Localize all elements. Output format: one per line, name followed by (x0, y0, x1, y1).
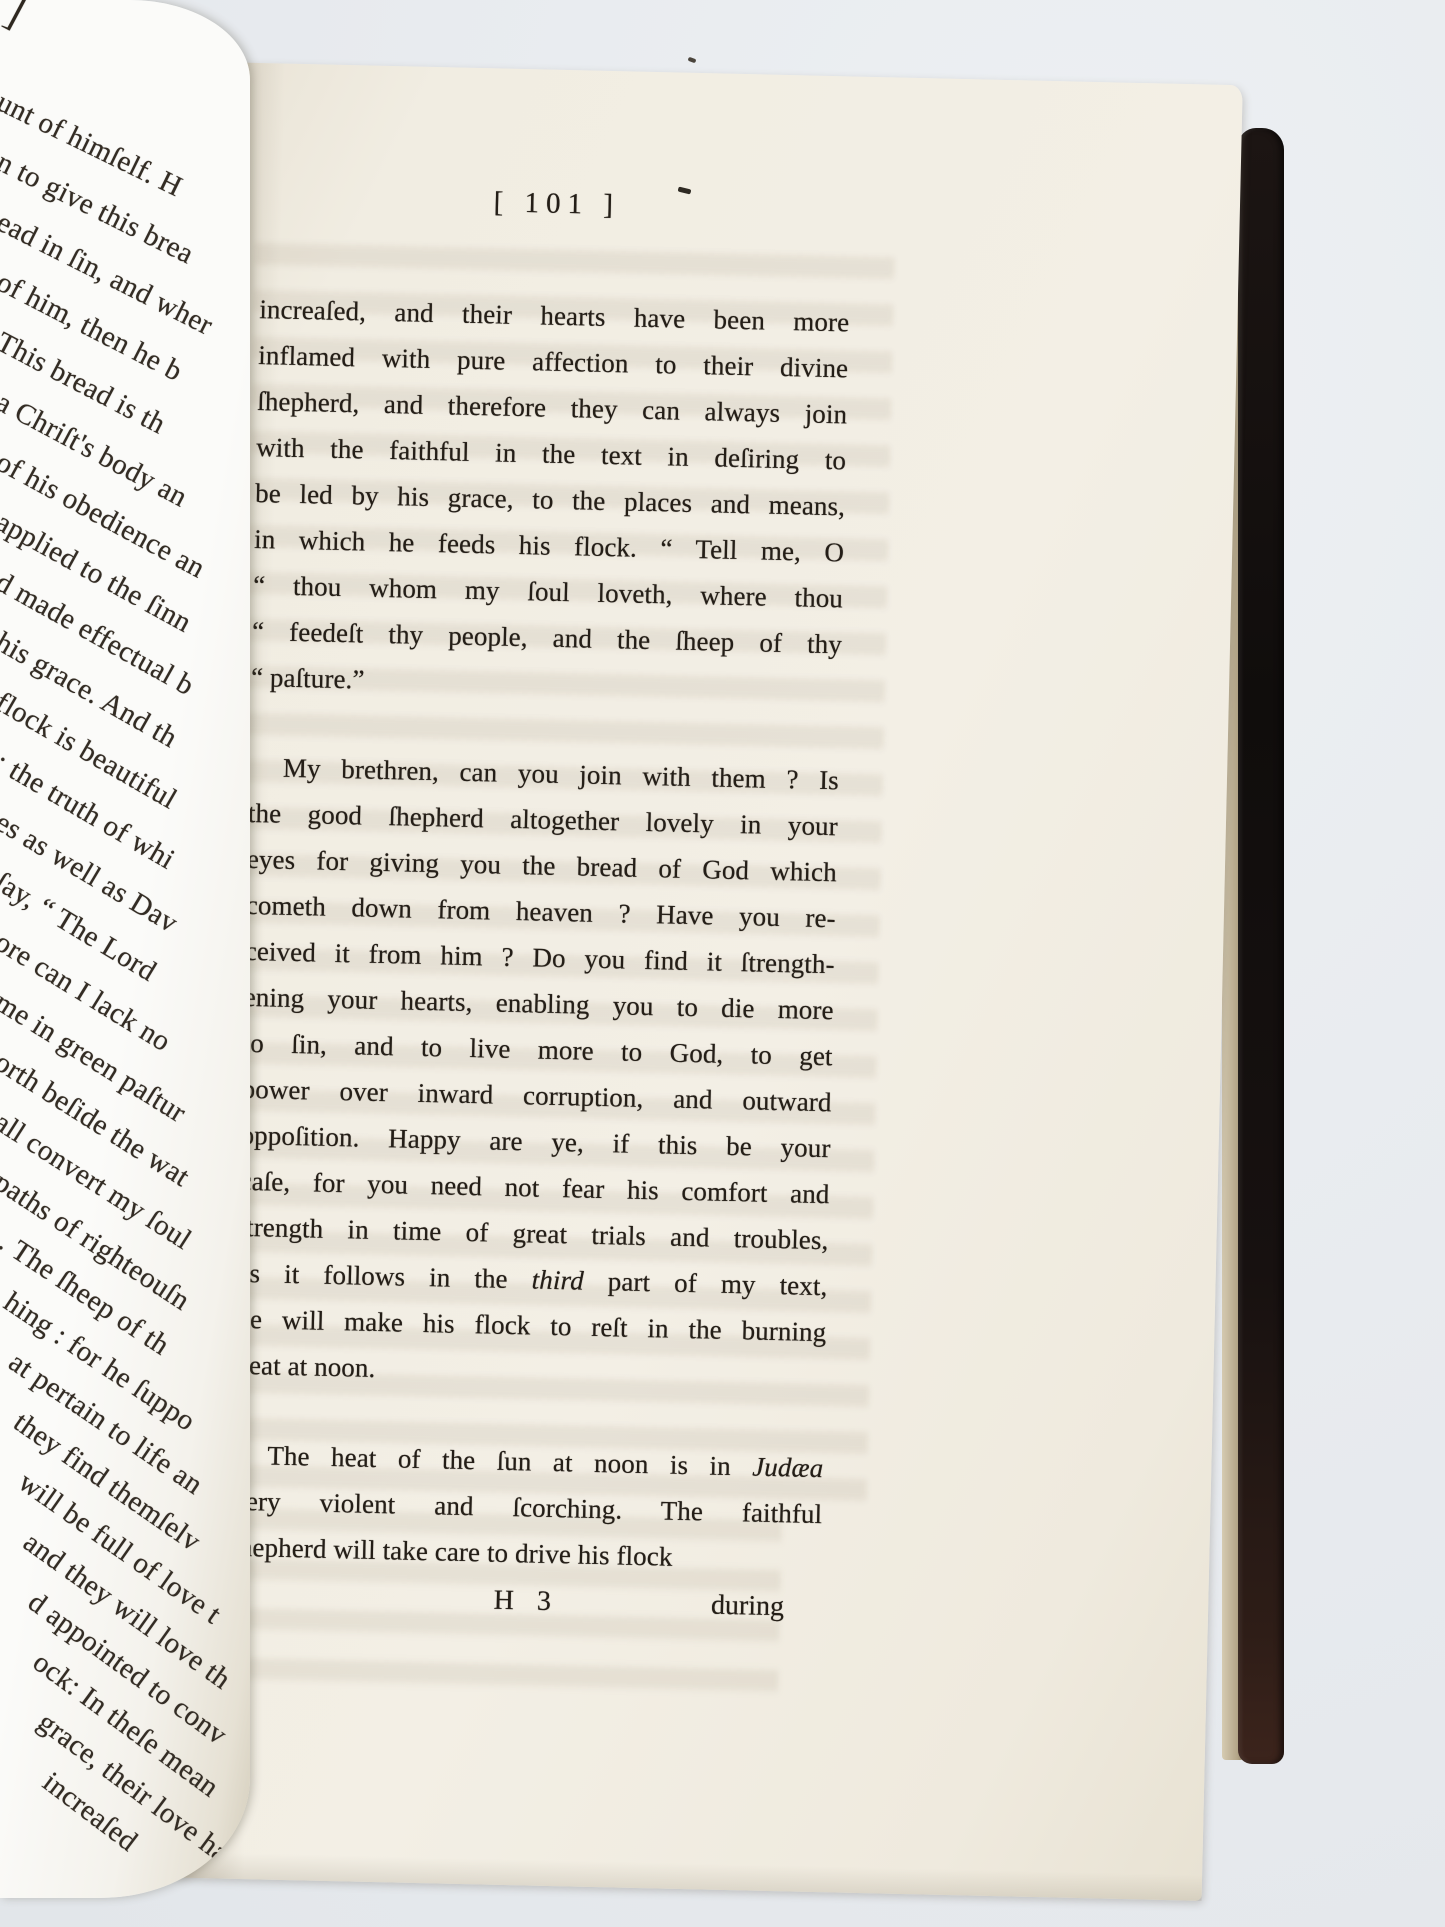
verso-page: ] unt of himſelf. Hn to give this breaea… (0, 0, 250, 1898)
text-segment: power over inward corruption, and outwar… (241, 1074, 832, 1117)
text-segment: “ feedeſt thy people, and the ſheep of t… (252, 616, 843, 659)
italic-text: third (531, 1265, 584, 1296)
body-text: increaſed, and their hearts have been mo… (231, 286, 850, 1583)
book-board-spine (1238, 128, 1284, 1764)
text-segment: cometh down from heaven ? Have you re- (246, 890, 837, 933)
text-segment: to ſin, and to live more to God, to get (242, 1028, 833, 1071)
verso-header-bracket: ] (0, 0, 32, 37)
text-segment: ſhepherd will take care to drive his flo… (231, 1532, 673, 1572)
recto-page: [ 101 ] increaſed, and their hearts have… (174, 62, 1243, 1901)
text-segment: The heat of the ſun at noon is in (267, 1441, 753, 1482)
signature-mark: H 3 (493, 1578, 551, 1625)
italic-text: Judæa (752, 1452, 824, 1484)
text-segment: oppoſition. Happy are ye, if this be you… (240, 1120, 831, 1163)
text-segment: My brethren, can you join with them ? Is (283, 753, 840, 796)
text-segment: caſe, for you need not fear his comfort … (239, 1166, 830, 1209)
text-segment: ening your hearts, enabling you to die m… (243, 982, 834, 1025)
text-segment: with the faithful in the text in deſirin… (256, 432, 847, 475)
text-segment: in which he feeds his flock. “ Tell me, … (254, 524, 845, 567)
text-segment: he will make his flock to reſt in the bu… (236, 1304, 827, 1347)
text-segment: “ paſture.” (251, 662, 365, 695)
page-number: [ 101 ] (262, 181, 853, 227)
text-segment: ſtrength in time of great trials and tro… (238, 1212, 829, 1255)
paragraph: The heat of the ſun at noon is in Judæav… (231, 1432, 824, 1583)
text-segment: heat at noon. (235, 1350, 376, 1383)
text-segment: increaſed, and their hearts have been mo… (259, 294, 850, 337)
text-segment: ſhepherd, and therefore they can always … (257, 386, 848, 429)
text-segment: be led by his grace, to the places and m… (255, 478, 846, 521)
catchword: during (710, 1583, 784, 1631)
book-photo: { "book": { "right_page": { "page_number… (0, 0, 1445, 1927)
text-segment: very violent and ſcorching. The faithful (232, 1486, 823, 1529)
paragraph: My brethren, can you join with them ? Is… (235, 744, 839, 1401)
paragraph: increaſed, and their hearts have been mo… (251, 286, 850, 713)
text-segment: part of my text, (583, 1266, 827, 1302)
text-segment: as it follows in the (237, 1258, 532, 1295)
text-segment: “ thou whom my ſoul loveth, where thou (253, 570, 844, 613)
recto-text-area: [ 101 ] increaſed, and their hearts have… (180, 180, 852, 1631)
text-segment: the good ſhepherd altogether lovely in y… (248, 798, 839, 841)
text-segment: inflamed with pure affection to their di… (258, 340, 849, 383)
text-segment: ceived it from him ? Do you find it ſtre… (245, 936, 836, 979)
ink-fleck (688, 57, 697, 63)
text-segment: eyes for giving you the bread of God whi… (247, 844, 838, 887)
